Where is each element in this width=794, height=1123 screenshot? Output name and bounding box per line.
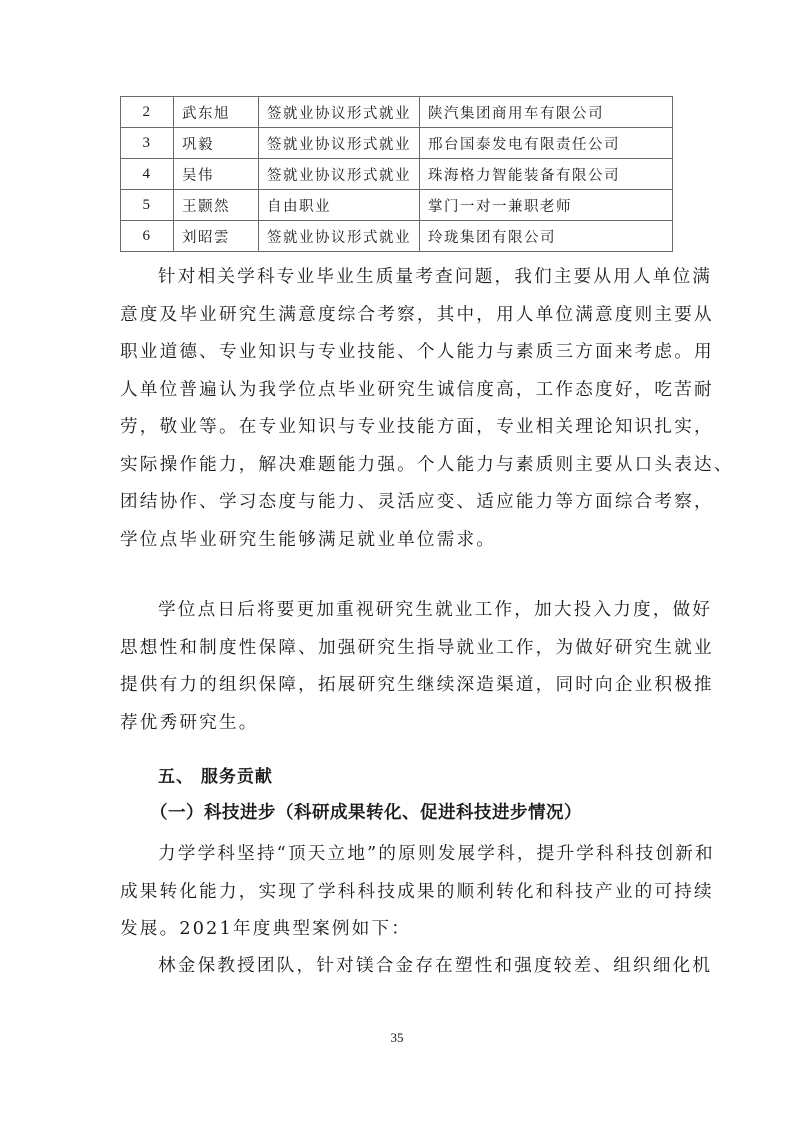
text-line: 人单位普遍认为我学位点毕业研究生诚信度高，工作态度好，吃苦耐 (120, 372, 676, 410)
graduate-name: 巩毅 (174, 128, 259, 159)
text-line: 团结协作、学习态度与能力、灵活应变、适应能力等方面综合考察， (120, 484, 676, 522)
table-row: 4 吴伟 签就业协议形式就业 珠海格力智能装备有限公司 (121, 159, 673, 190)
text-line: 职业道德、专业知识与专业技能、个人能力与素质三方面来考虑。用 (120, 334, 676, 372)
text-line: 荐优秀研究生。 (120, 705, 676, 743)
graduate-name: 吴伟 (174, 159, 259, 190)
employment-mode: 签就业协议形式就业 (259, 221, 420, 252)
text-line: 意度及毕业研究生满意度综合考察，其中，用人单位满意度则主要从 (120, 297, 676, 335)
text-line: 林金保教授团队，针对镁合金存在塑性和强度较差、组织细化机 (120, 948, 676, 986)
table-row: 3 巩毅 签就业协议形式就业 邢台国泰发电有限责任公司 (121, 128, 673, 159)
text-line: 劳，敬业等。在专业知识与专业技能方面，专业相关理论知识扎实， (120, 409, 676, 447)
row-number: 6 (121, 221, 174, 252)
section-heading: 五、 服务贡献 (158, 762, 273, 787)
row-number: 3 (121, 128, 174, 159)
page-number: 35 (0, 1030, 794, 1046)
employment-table: 2 武东旭 签就业协议形式就业 陕汽集团商用车有限公司 3 巩毅 签就业协议形式… (120, 96, 673, 252)
table-row: 5 王颢然 自由职业 掌门一对一兼职老师 (121, 190, 673, 221)
row-number: 5 (121, 190, 174, 221)
employer: 掌门一对一兼职老师 (420, 190, 673, 221)
text-line: 思想性和制度性保障、加强研究生指导就业工作，为做好研究生就业 (120, 630, 676, 668)
text-line: 学位点毕业研究生能够满足就业单位需求。 (120, 522, 676, 560)
text-line: 发展。2021年度典型案例如下： (120, 911, 676, 949)
text-line: 学位点日后将要更加重视研究生就业工作，加大投入力度，做好 (120, 592, 676, 630)
row-number: 4 (121, 159, 174, 190)
text-line: 力学学科坚持“顶天立地”的原则发展学科，提升学科科技创新和 (120, 836, 676, 874)
case-paragraph: 林金保教授团队，针对镁合金存在塑性和强度较差、组织细化机 (120, 948, 676, 986)
employment-mode: 签就业协议形式就业 (259, 159, 420, 190)
tech-progress-paragraph: 力学学科坚持“顶天立地”的原则发展学科，提升学科科技创新和 成果转化能力，实现了… (120, 836, 676, 949)
row-number: 2 (121, 97, 174, 128)
employer: 邢台国泰发电有限责任公司 (420, 128, 673, 159)
employment-mode: 自由职业 (259, 190, 420, 221)
graduate-name: 刘昭雲 (174, 221, 259, 252)
text-line: 实际操作能力，解决难题能力强。个人能力与素质则主要从口头表达、 (120, 447, 676, 485)
graduate-name: 武东旭 (174, 97, 259, 128)
employer: 珠海格力智能装备有限公司 (420, 159, 673, 190)
employer: 陕汽集团商用车有限公司 (420, 97, 673, 128)
employment-mode: 签就业协议形式就业 (259, 97, 420, 128)
table-row: 2 武东旭 签就业协议形式就业 陕汽集团商用车有限公司 (121, 97, 673, 128)
employer: 玲珑集团有限公司 (420, 221, 673, 252)
graduate-quality-paragraph: 针对相关学科专业毕业生质量考查问题，我们主要从用人单位满 意度及毕业研究生满意度… (120, 259, 676, 559)
table-row: 6 刘昭雲 签就业协议形式就业 玲珑集团有限公司 (121, 221, 673, 252)
subsection-heading: （一）科技进步（科研成果转化、促进科技进步情况） (150, 799, 582, 824)
text-line: 针对相关学科专业毕业生质量考查问题，我们主要从用人单位满 (120, 259, 676, 297)
document-page: 2 武东旭 签就业协议形式就业 陕汽集团商用车有限公司 3 巩毅 签就业协议形式… (0, 0, 794, 1123)
text-line: 成果转化能力，实现了学科科技成果的顺利转化和科技产业的可持续 (120, 874, 676, 912)
text-line: 提供有力的组织保障，拓展研究生继续深造渠道，同时向企业积极推 (120, 667, 676, 705)
graduate-name: 王颢然 (174, 190, 259, 221)
future-plans-paragraph: 学位点日后将要更加重视研究生就业工作，加大投入力度，做好 思想性和制度性保障、加… (120, 592, 676, 742)
employment-mode: 签就业协议形式就业 (259, 128, 420, 159)
